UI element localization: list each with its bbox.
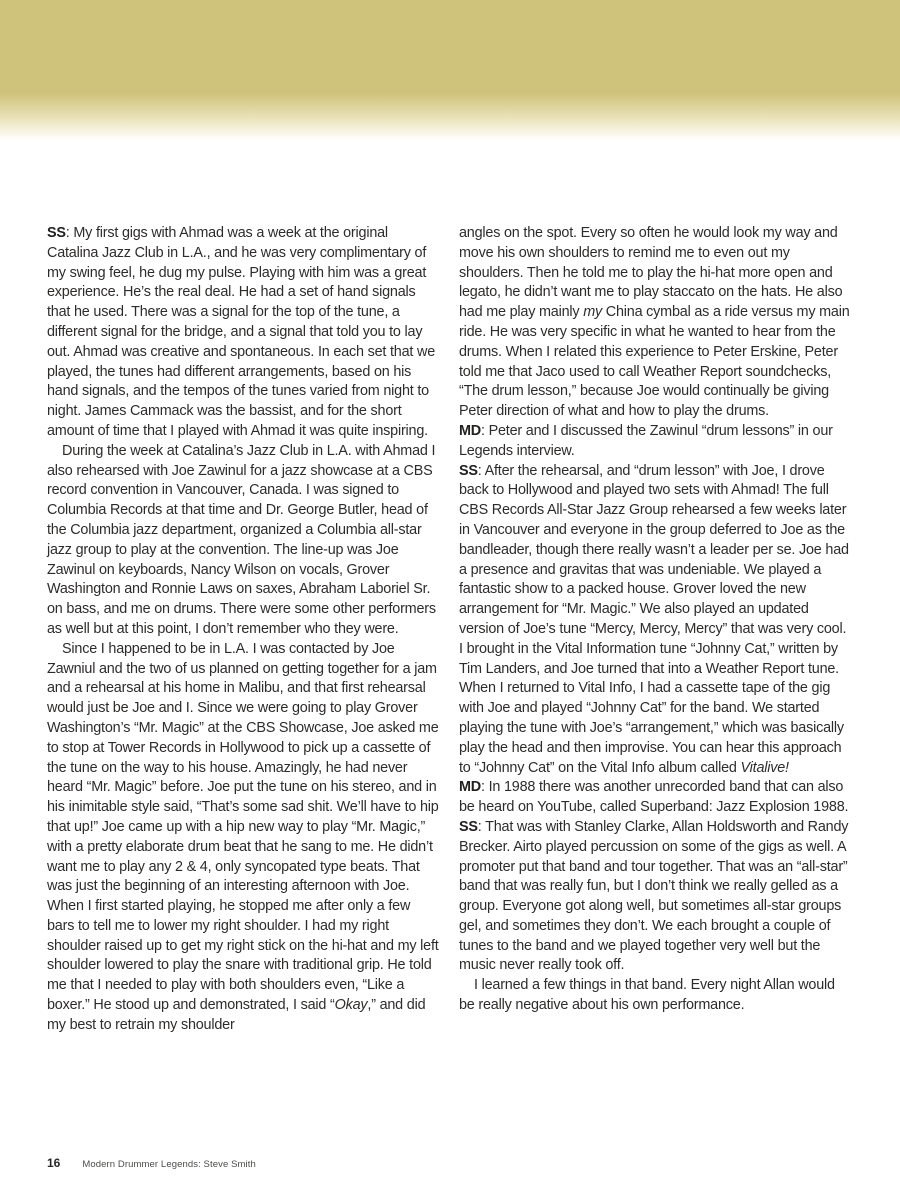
body-text: Since I happened to be in L.A. I was con… [47,641,439,1013]
speaker-label: MD [459,779,481,795]
paragraph: SS: After the rehearsal, and “drum lesso… [459,462,851,779]
page-footer: 16 Modern Drummer Legends: Steve Smith [47,1156,747,1170]
italic-text: Vitalive! [741,760,789,776]
speaker-label: MD [459,423,481,439]
paragraph: SS: That was with Stanley Clarke, Allan … [459,818,851,976]
page-number: 16 [47,1156,60,1170]
body-text: : After the rehearsal, and “drum lesson”… [459,463,849,776]
paragraph: MD: In 1988 there was another unrecorded… [459,778,851,818]
body-text: : My first gigs with Ahmad was a week at… [47,225,435,439]
body-text: I learned a few things in that band. Eve… [459,977,835,1013]
speaker-label: SS [459,463,478,479]
paragraph: MD: Peter and I discussed the Zawinul “d… [459,422,851,462]
footer-book-title: Modern Drummer Legends: Steve Smith [82,1159,256,1170]
paragraph: During the week at Catalina’s Jazz Club … [47,442,439,640]
paragraph: angles on the spot. Every so often he wo… [459,224,851,422]
speaker-label: SS [459,819,478,835]
book-page: SS: My first gigs with Ahmad was a week … [0,0,900,1200]
body-text: : Peter and I discussed the Zawinul “dru… [459,423,833,459]
body-text: During the week at Catalina’s Jazz Club … [47,443,436,637]
body-text: : That was with Stanley Clarke, Allan Ho… [459,819,848,974]
paragraph: SS: My first gigs with Ahmad was a week … [47,224,439,442]
body-text: : In 1988 there was another unrecorded b… [459,779,848,815]
paragraph: Since I happened to be in L.A. I was con… [47,640,439,1036]
paragraph: I learned a few things in that band. Eve… [459,976,851,1016]
italic-text: Okay [335,997,368,1013]
page-top-color-band [0,0,900,145]
body-text: China cymbal as a ride versus my main ri… [459,304,850,419]
text-column-left: SS: My first gigs with Ahmad was a week … [47,224,439,1036]
speaker-label: SS [47,225,66,241]
text-column-right: angles on the spot. Every so often he wo… [459,224,851,1016]
italic-text: my [583,304,602,320]
